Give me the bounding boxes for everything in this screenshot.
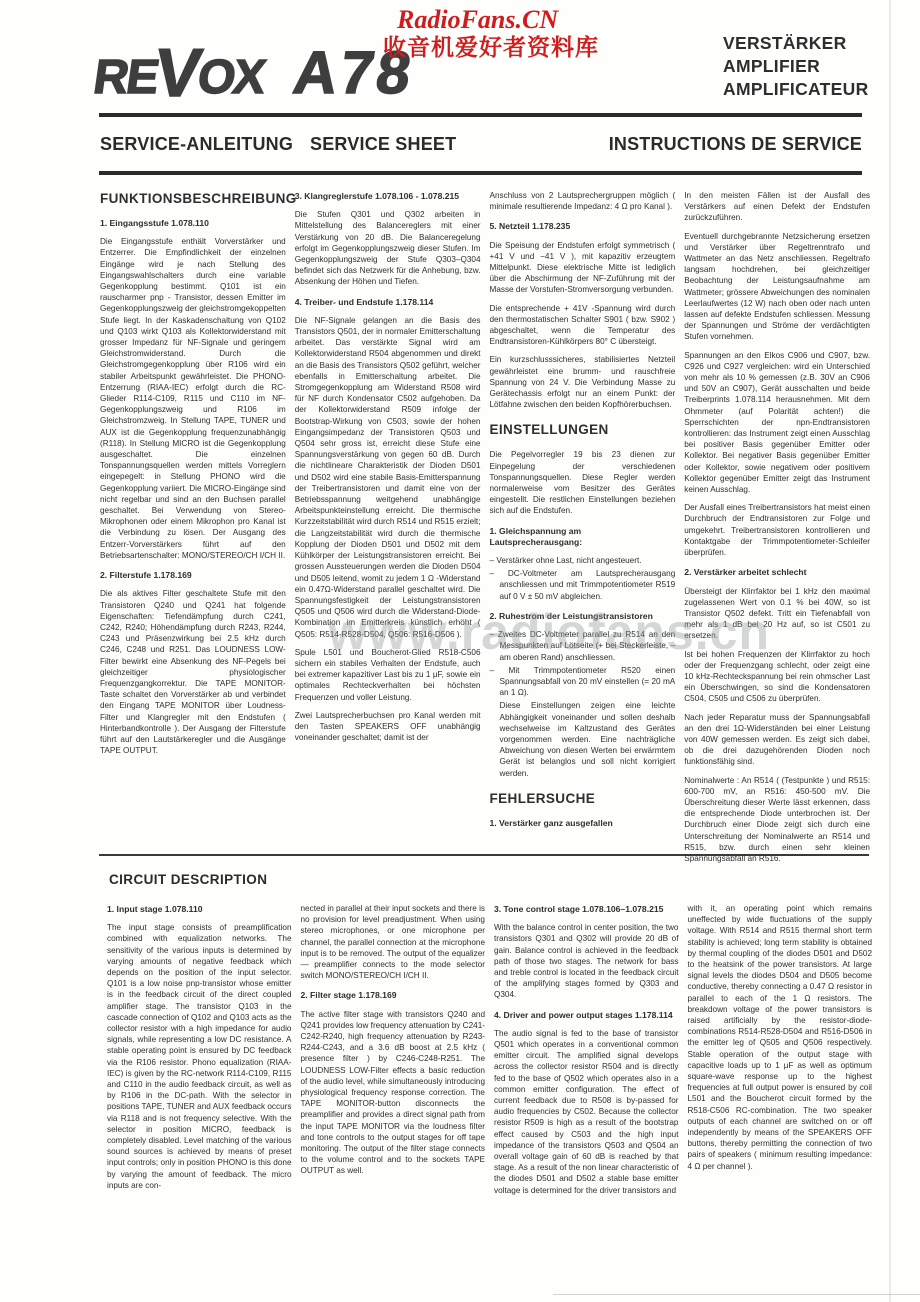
paragraph: Anschluss von 2 Lautsprechergruppen mögl…: [490, 190, 676, 212]
section-heading: 2. Ruhestrom der Leistungstransistoren: [490, 611, 676, 622]
paragraph: Eventuell durchgebrannte Netzsicherung e…: [684, 231, 870, 343]
paragraph: Spule L501 und Boucherot-Glied R518-C506…: [295, 647, 481, 703]
paragraph: Diese Einstellungen zeigen eine leichte …: [490, 700, 676, 778]
paragraph: Die Stufen Q301 und Q302 arbeiten in Mit…: [295, 209, 481, 287]
paragraph: The active filter stage with transistors…: [301, 1009, 486, 1177]
circuit-description-title: CIRCUIT DESCRIPTION: [109, 872, 267, 887]
paragraph: In den meisten Fällen ist der Ausfall de…: [684, 190, 870, 224]
section-heading: 1. Eingangsstufe 1.078.110: [100, 218, 286, 229]
service-sheet-page: RadioFans.CN 收音机爱好者资料库 REVOX A78 VERSTÄR…: [0, 0, 920, 1302]
section-heading: 2. Filter stage 1.178.169: [301, 990, 486, 1001]
english-column-3: 3. Tone control stage 1.078.106–1.078.21…: [494, 903, 679, 1203]
paragraph: Die als aktives Filter geschaltete Stufe…: [100, 588, 286, 756]
service-header-french: INSTRUCTIONS DE SERVICE: [609, 134, 862, 155]
scan-edge-artifact: [889, 0, 891, 1302]
english-column-4: with it, an operating point which remain…: [688, 903, 873, 1203]
list-item: – Mit Trimmpotentiometer R520 einen Span…: [490, 665, 676, 699]
top-divider-rule: [99, 113, 862, 117]
service-header-english: SERVICE SHEET: [310, 134, 456, 155]
paragraph: Nominalwerte : An R514 ( (Testpunkte ) u…: [684, 775, 870, 865]
paragraph: Die entsprechende + 41V -Spannung wird d…: [490, 303, 676, 348]
section-heading: FEHLERSUCHE: [490, 791, 676, 806]
section-heading: 1. Verstärker ganz ausgefallen: [490, 818, 676, 829]
list-item: – Zweites DC-Voltmeter parallel zu R514 …: [490, 629, 676, 663]
paragraph: Die Speisung der Endstufen erfolgt symme…: [490, 240, 676, 296]
paragraph: Spannungen an den Elkos C906 und C907, b…: [684, 350, 870, 496]
title-english: AMPLIFIER: [723, 55, 869, 78]
english-circuit-description: 1. Input stage 1.078.110The input stage …: [107, 903, 872, 1203]
paragraph: Ist bei hohen Frequenzen der Klirrfaktor…: [684, 649, 870, 705]
section-heading: 1. Input stage 1.078.110: [107, 904, 292, 915]
logo-re: RE: [91, 56, 160, 100]
logo-ox: OX: [195, 56, 267, 100]
header-divider-rule: [99, 171, 862, 175]
paragraph: Zwei Lautsprecherbuchsen pro Kanal werde…: [295, 710, 481, 744]
section-heading: FUNKTIONSBESCHREIBUNG: [100, 191, 286, 206]
revox-a78-logo: REVOX A78: [91, 28, 420, 100]
paragraph: Nach jeder Reparatur muss der Spannungsa…: [684, 712, 870, 768]
section-heading: 5. Netzteil 1.178.235: [490, 221, 676, 232]
list-item: – DC-Voltmeter am Lautsprecherausgang an…: [490, 568, 676, 602]
section-heading: 2. Filterstufe 1.178.169: [100, 570, 286, 581]
section-heading: EINSTELLUNGEN: [490, 422, 676, 437]
english-column-2: nected in parallel at their input socket…: [301, 903, 486, 1203]
section-heading: 3. Tone control stage 1.078.106–1.078.21…: [494, 904, 679, 915]
paragraph: Die NF-Signale gelangen an die Basis des…: [295, 315, 481, 640]
paragraph: nected in parallel at their input socket…: [301, 903, 486, 981]
section-heading: 4. Treiber- und Endstufe 1.178.114: [295, 297, 481, 308]
section-heading: 3. Klangreglerstufe 1.078.106 - 1.078.21…: [295, 191, 481, 202]
paragraph: Übersteigt der Klirrfaktor bei 1 kHz den…: [684, 586, 870, 642]
section-heading: 1. Gleichspannung am Lautsprecherausgang…: [490, 526, 676, 548]
german-column-1: FUNKTIONSBESCHREIBUNG1. Eingangsstufe 1.…: [100, 190, 286, 871]
paragraph: The input stage consists of preamplifica…: [107, 922, 292, 1191]
paragraph: Die Eingangsstufe enthält Vorverstärker …: [100, 236, 286, 561]
paragraph: Die Pegelvorregler 19 bis 23 dienen zur …: [490, 449, 676, 516]
german-function-description: FUNKTIONSBESCHREIBUNG1. Eingangsstufe 1.…: [100, 190, 870, 871]
paragraph: with it, an operating point which remain…: [688, 903, 873, 1172]
title-french: AMPLIFICATEUR: [723, 78, 869, 101]
section-heading: 4. Driver and power output stages 1.178.…: [494, 1010, 679, 1021]
german-column-4: In den meisten Fällen ist der Ausfall de…: [684, 190, 870, 871]
watermark-site-name: RadioFans.CN: [397, 6, 599, 34]
paragraph: With the balance control in center posit…: [494, 922, 679, 1000]
paragraph: Ein kurzschlusssicheres, stabilisiertes …: [490, 354, 676, 410]
german-column-3: Anschluss von 2 Lautsprechergruppen mögl…: [490, 190, 676, 871]
list-item: – Verstärker ohne Last, nicht angesteuer…: [490, 555, 676, 566]
title-german: VERSTÄRKER: [723, 32, 869, 55]
watermark-chinese-text: 收音机爱好者资料库: [383, 34, 599, 60]
section-heading: 2. Verstärker arbeitet schlecht: [684, 567, 870, 578]
paragraph: Der Ausfall eines Treibertransistors hat…: [684, 502, 870, 558]
paragraph: The audio signal is fed to the base of t…: [494, 1028, 679, 1196]
red-watermark: RadioFans.CN 收音机爱好者资料库: [383, 6, 599, 60]
english-column-1: 1. Input stage 1.078.110The input stage …: [107, 903, 292, 1203]
german-column-2: 3. Klangreglerstufe 1.078.106 - 1.078.21…: [295, 190, 481, 871]
language-title-block: VERSTÄRKER AMPLIFIER AMPLIFICATEUR: [723, 32, 869, 101]
bottom-scan-line: [553, 1294, 920, 1295]
service-header-german: SERVICE-ANLEITUNG: [100, 134, 293, 155]
